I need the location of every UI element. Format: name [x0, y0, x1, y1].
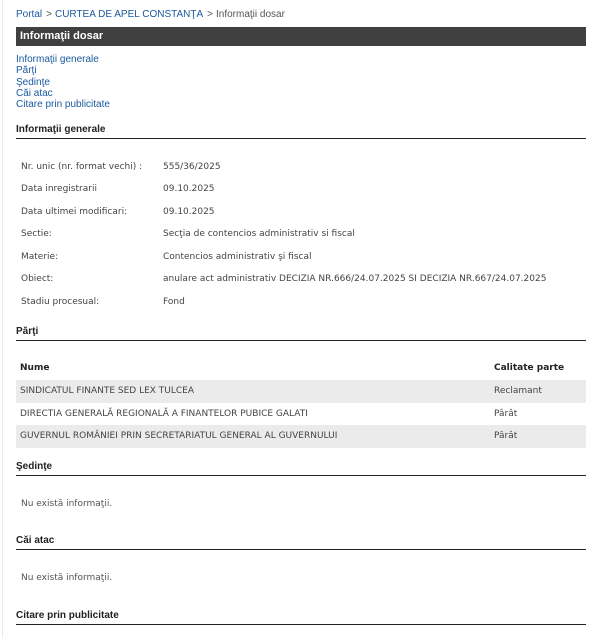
- section-heading-parties: Părţi: [16, 326, 586, 341]
- party-role: Pârât: [490, 425, 586, 448]
- column-header-role: Calitate parte: [490, 356, 586, 380]
- info-label: Sectie:: [21, 229, 52, 239]
- toc-link-publicity[interactable]: Citare prin publicitate: [16, 99, 110, 110]
- breadcrumb-portal-link[interactable]: Portal: [16, 9, 42, 20]
- breadcrumb: Portal>CURTEA DE APEL CONSTANŢA>Informaţ…: [16, 9, 285, 20]
- info-label: Obiect:: [21, 274, 53, 284]
- parties-table: Nume Calitate parte SINDICATUL FINANTE S…: [16, 356, 586, 448]
- info-value: 555/36/2025: [163, 162, 221, 172]
- info-value: Secţia de contencios administrativ si fi…: [163, 229, 355, 239]
- info-label: Data ultimei modificari:: [21, 207, 127, 217]
- info-label: Data inregistrarii: [21, 184, 97, 194]
- party-name: DIRECTIA GENERALĂ REGIONALĂ A FINANTELOR…: [16, 403, 490, 426]
- info-value: anulare act administrativ DECIZIA NR.666…: [163, 274, 546, 284]
- info-value: 09.10.2025: [163, 207, 215, 217]
- toc-link-appeals[interactable]: Căi atac: [16, 88, 110, 99]
- section-heading-appeals: Căi atac: [16, 535, 586, 550]
- party-role: Reclamant: [490, 380, 586, 403]
- table-of-contents: Informaţii generale Părţi Şedinţe Căi at…: [16, 54, 110, 110]
- info-value: 09.10.2025: [163, 184, 215, 194]
- section-heading-publicity: Citare prin publicitate: [16, 610, 586, 625]
- info-label: Stadiu procesual:: [21, 297, 99, 307]
- table-row: GUVERNUL ROMÂNIEI PRIN SECRETARIATUL GEN…: [16, 425, 586, 448]
- breadcrumb-separator: >: [46, 9, 52, 20]
- breadcrumb-court-link[interactable]: CURTEA DE APEL CONSTANŢA: [55, 9, 203, 20]
- page-title: Informaţii dosar: [16, 27, 586, 46]
- hearings-empty-message: Nu există informaţii.: [21, 499, 112, 509]
- page-left-border: [2, 0, 3, 638]
- section-heading-hearings: Şedinţe: [16, 461, 586, 476]
- toc-link-hearings[interactable]: Şedinţe: [16, 77, 110, 88]
- breadcrumb-separator: >: [207, 9, 213, 20]
- info-value: Contencios administrativ şi fiscal: [163, 252, 312, 262]
- table-row: SINDICATUL FINANTE SED LEX TULCEA Reclam…: [16, 380, 586, 403]
- appeals-empty-message: Nu există informaţii.: [21, 573, 112, 583]
- info-value: Fond: [163, 297, 185, 307]
- table-header-row: Nume Calitate parte: [16, 356, 586, 380]
- party-name: GUVERNUL ROMÂNIEI PRIN SECRETARIATUL GEN…: [16, 425, 490, 448]
- info-label: Materie:: [21, 252, 58, 262]
- party-role: Pârât: [490, 403, 586, 426]
- toc-link-parties[interactable]: Părţi: [16, 65, 110, 76]
- party-name: SINDICATUL FINANTE SED LEX TULCEA: [16, 380, 490, 403]
- toc-link-general[interactable]: Informaţii generale: [16, 54, 110, 65]
- info-label: Nr. unic (nr. format vechi) :: [21, 162, 142, 172]
- column-header-name: Nume: [16, 356, 490, 380]
- table-row: DIRECTIA GENERALĂ REGIONALĂ A FINANTELOR…: [16, 403, 586, 426]
- section-heading-general: Informaţii generale: [16, 124, 586, 139]
- breadcrumb-current: Informaţii dosar: [216, 9, 285, 20]
